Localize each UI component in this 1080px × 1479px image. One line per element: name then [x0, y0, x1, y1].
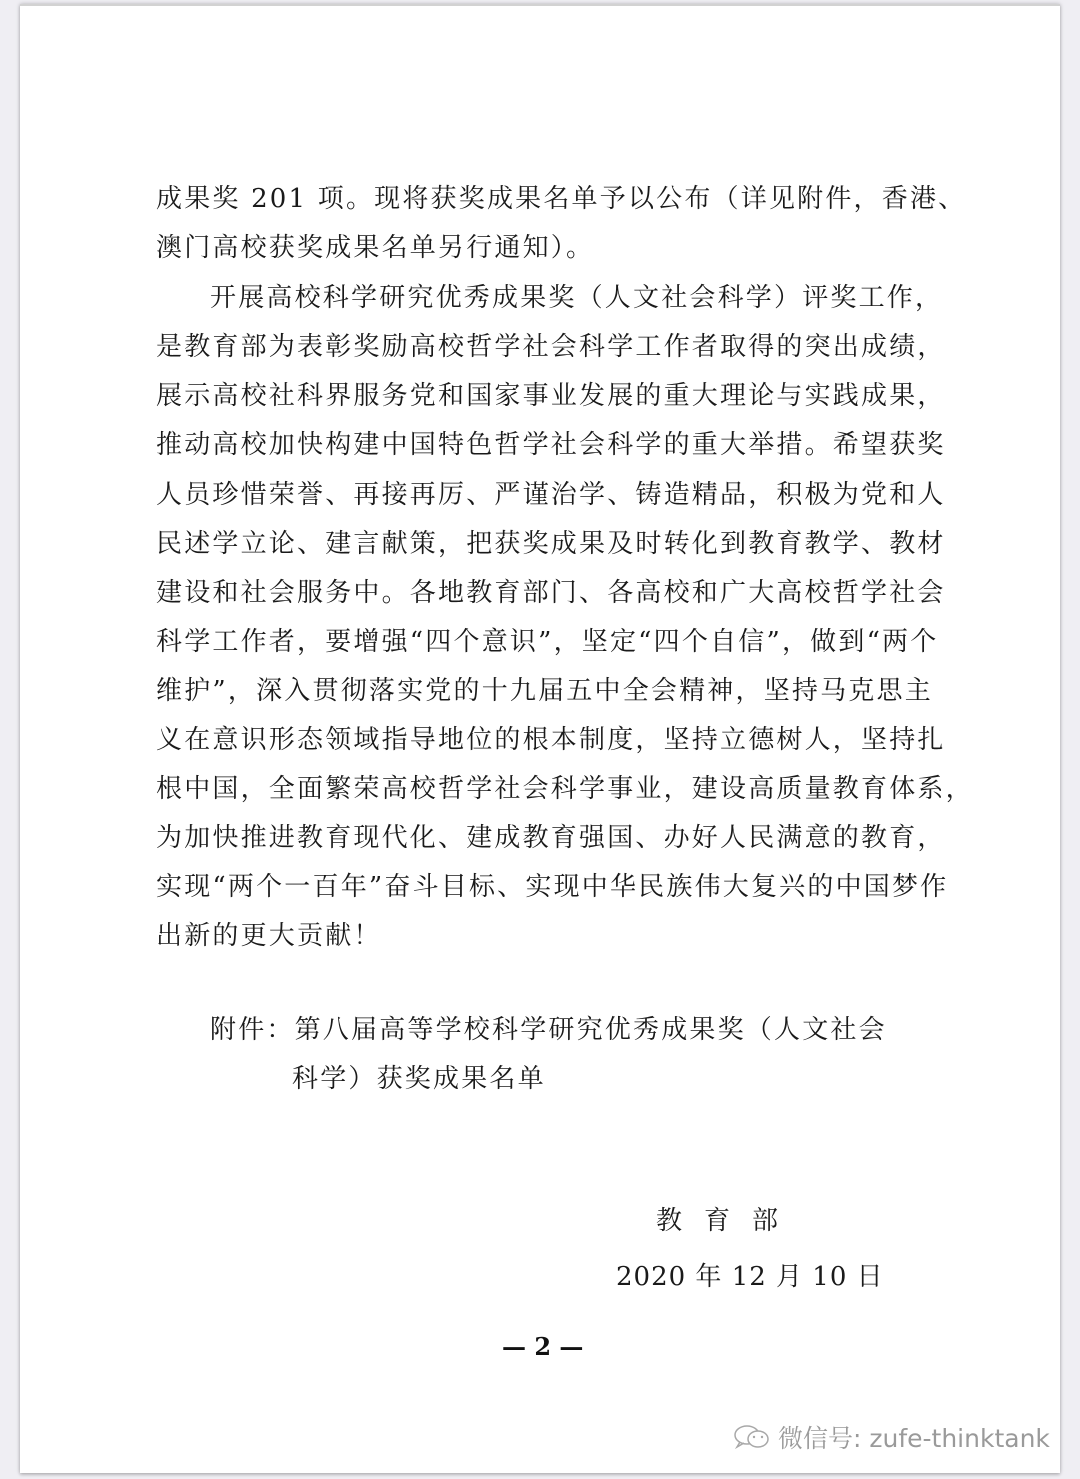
text-line: 民述学立论、建言献策，把获奖成果及时转化到教育教学、教材 — [156, 527, 946, 561]
text-line: 推动高校加快构建中国特色哲学社会科学的重大举措。希望获奖 — [156, 428, 946, 462]
issue-date: 2020 年 12 月 10 日 — [616, 1260, 884, 1294]
document-page: 成果奖 201 项。现将获奖成果名单予以公布（详见附件，香港、 澳门高校获奖成果… — [20, 4, 1060, 1473]
text-line: 是教育部为表彰奖励高校哲学社会科学工作者取得的突出成绩， — [156, 330, 946, 364]
page-number: — 2 — — [502, 1332, 583, 1361]
text-line: 展示高校社科界服务党和国家事业发展的重大理论与实践成果， — [156, 379, 946, 413]
text-line: 根中国，全面繁荣高校哲学社会科学事业，建设高质量教育体系， — [156, 772, 974, 806]
watermark-text: 微信号: zufe-thinktank — [778, 1419, 1050, 1455]
text-line: 出新的更大贡献！ — [156, 919, 382, 953]
text-line: 建设和社会服务中。各地教育部门、各高校和广大高校哲学社会 — [156, 576, 946, 610]
text-line: 义在意识形态领域指导地位的根本制度，坚持立德树人，坚持扎 — [156, 723, 946, 757]
text-line: 人员珍惜荣誉、再接再厉、严谨治学、铸造精品，积极为党和人 — [156, 478, 946, 512]
issuing-organization: 教育部 — [656, 1204, 800, 1238]
text-line: 成果奖 201 项。现将获奖成果名单予以公布（详见附件，香港、 — [156, 182, 966, 216]
text-line: 实现“两个一百年”奋斗目标、实现中华民族伟大复兴的中国梦作 — [156, 870, 948, 904]
wechat-icon — [732, 1423, 772, 1451]
text-line: 科学工作者，要增强“四个意识”，坚定“四个自信”，做到“两个 — [156, 625, 938, 659]
text-line: 维护”，深入贯彻落实党的十九届五中全会精神，坚持马克思主 — [156, 674, 933, 708]
attachment-label-cont: 科学）获奖成果名单 — [292, 1062, 546, 1096]
text-line: 开展高校科学研究优秀成果奖（人文社会科学）评奖工作， — [210, 281, 943, 315]
watermark: 微信号: zufe-thinktank — [732, 1419, 1050, 1455]
attachment-label: 附件：第八届高等学校科学研究优秀成果奖（人文社会 — [210, 1013, 887, 1047]
text-line: 澳门高校获奖成果名单另行通知）。 — [156, 231, 594, 265]
text-line: 为加快推进教育现代化、建成教育强国、办好人民满意的教育， — [156, 821, 946, 855]
